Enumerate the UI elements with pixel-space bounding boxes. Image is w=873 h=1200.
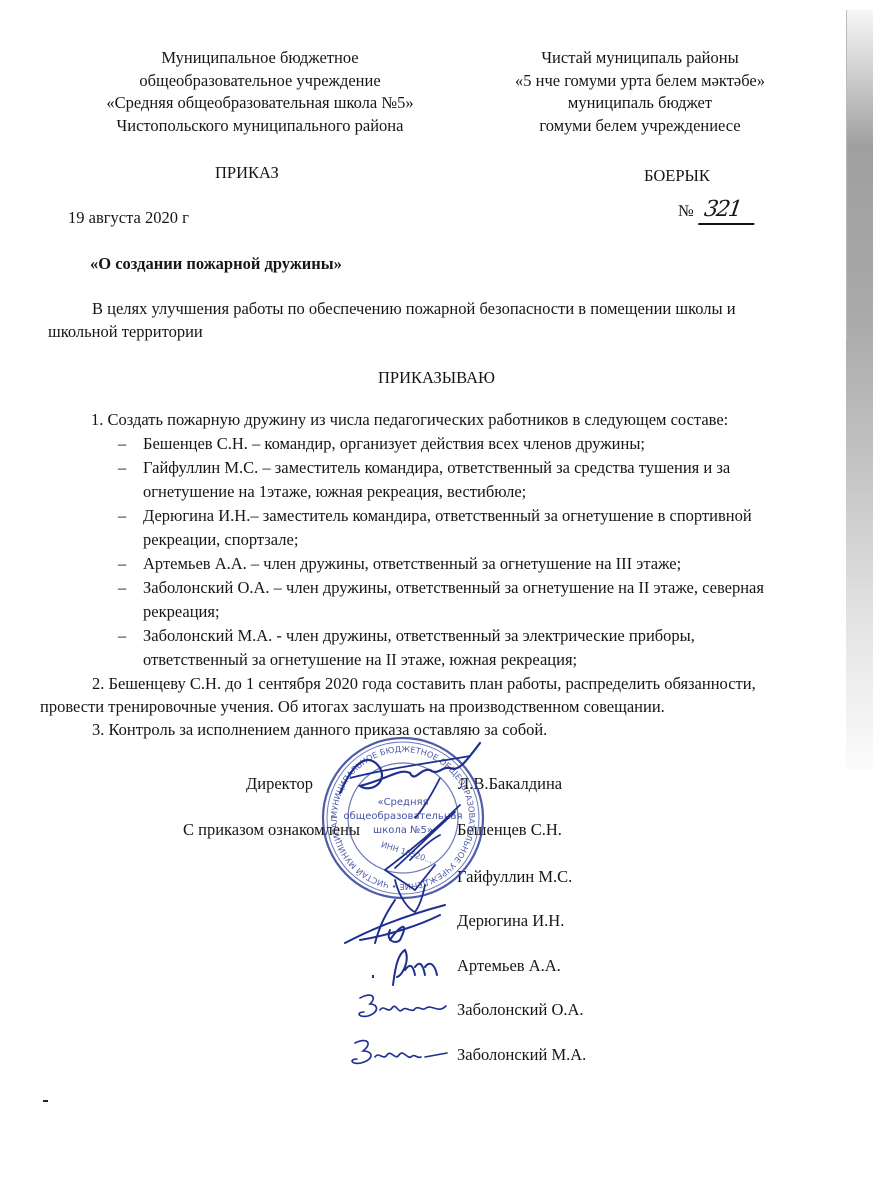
- preamble-line-1: В целях улучшения работы по обеспечению …: [92, 299, 736, 319]
- header-left-line: «Средняя общеобразовательная школа №5»: [60, 92, 460, 115]
- scan-speck: [43, 1100, 48, 1102]
- member-line: Дерюгина И.Н.– заместитель командира, от…: [143, 506, 752, 526]
- list-dash: –: [118, 434, 126, 454]
- doc-type-tt: БОЕРЫК: [644, 166, 710, 186]
- member-line: Заболонский М.А. - член дружины, ответст…: [143, 626, 695, 646]
- header-left-org-ru: Муниципальное бюджетное общеобразователь…: [60, 47, 460, 137]
- item-2-line-1: 2. Бешенцеву С.Н. до 1 сентября 2020 год…: [92, 674, 756, 694]
- header-left-line: Муниципальное бюджетное: [60, 47, 460, 70]
- member-line: Заболонский О.А. – член дружины, ответст…: [143, 578, 764, 598]
- order-number-value: 321: [698, 199, 758, 225]
- item-1: 1. Создать пожарную дружину из числа пед…: [91, 410, 728, 430]
- member-line: Гайфуллин М.С. – заместитель командира, …: [143, 458, 730, 478]
- list-dash: –: [118, 554, 126, 574]
- member-line: Бешенцев С.Н. – командир, организует дей…: [143, 434, 645, 454]
- header-right-org-tt: Чистай муниципаль районы «5 нче гомуми у…: [440, 47, 840, 137]
- list-dash: –: [118, 626, 126, 646]
- header-left-line: общеобразовательное учреждение: [60, 70, 460, 93]
- member-line: рекреации, спортзале;: [143, 530, 298, 550]
- member-line: рекреация;: [143, 602, 220, 622]
- scan-edge-shadow: [846, 10, 873, 770]
- header-right-line: муниципаль бюджет: [440, 92, 840, 115]
- item-2-line-2: провести тренировочные учения. Об итогах…: [40, 697, 665, 717]
- signature-zabolonsky-ma-icon: [345, 1035, 450, 1070]
- signature-deryugina-icon: [340, 895, 450, 950]
- header-right-line: Чистай муниципаль районы: [440, 47, 840, 70]
- member-line: огнетушение на 1этаже, южная рекреация, …: [143, 482, 526, 502]
- order-date: 19 августа 2020 г: [68, 208, 189, 228]
- preamble-line-2: школьной территории: [48, 322, 203, 342]
- member-line: ответственный за огнетушение на II этаже…: [143, 650, 577, 670]
- order-number: №321: [678, 199, 756, 225]
- acknowledged-name: Дерюгина И.Н.: [457, 911, 564, 931]
- ink-speck: [372, 975, 374, 978]
- acknowledged-name: Заболонский О.А.: [457, 1000, 584, 1020]
- doc-type-ru: ПРИКАЗ: [215, 163, 279, 183]
- header-right-line: «5 нче гомуми урта белем мәктәбе»: [440, 70, 840, 93]
- scan-edge-line: [846, 10, 847, 340]
- order-number-label: №: [678, 201, 694, 220]
- acknowledged-name: Заболонский М.А.: [457, 1045, 586, 1065]
- order-word: ПРИКАЗЫВАЮ: [0, 368, 873, 388]
- list-dash: –: [118, 458, 126, 478]
- signature-zabolonsky-oa-icon: [350, 990, 450, 1025]
- member-line: Артемьев А.А. – член дружины, ответствен…: [143, 554, 681, 574]
- list-dash: –: [118, 506, 126, 526]
- header-left-line: Чистопольского муниципального района: [60, 115, 460, 138]
- acknowledged-name: Артемьев А.А.: [457, 956, 561, 976]
- header-right-line: гомуми белем учреждениесе: [440, 115, 840, 138]
- list-dash: –: [118, 578, 126, 598]
- order-title: «О создании пожарной дружины»: [90, 254, 342, 274]
- director-label: Директор: [246, 774, 313, 794]
- signature-artemyev-icon: [385, 945, 445, 990]
